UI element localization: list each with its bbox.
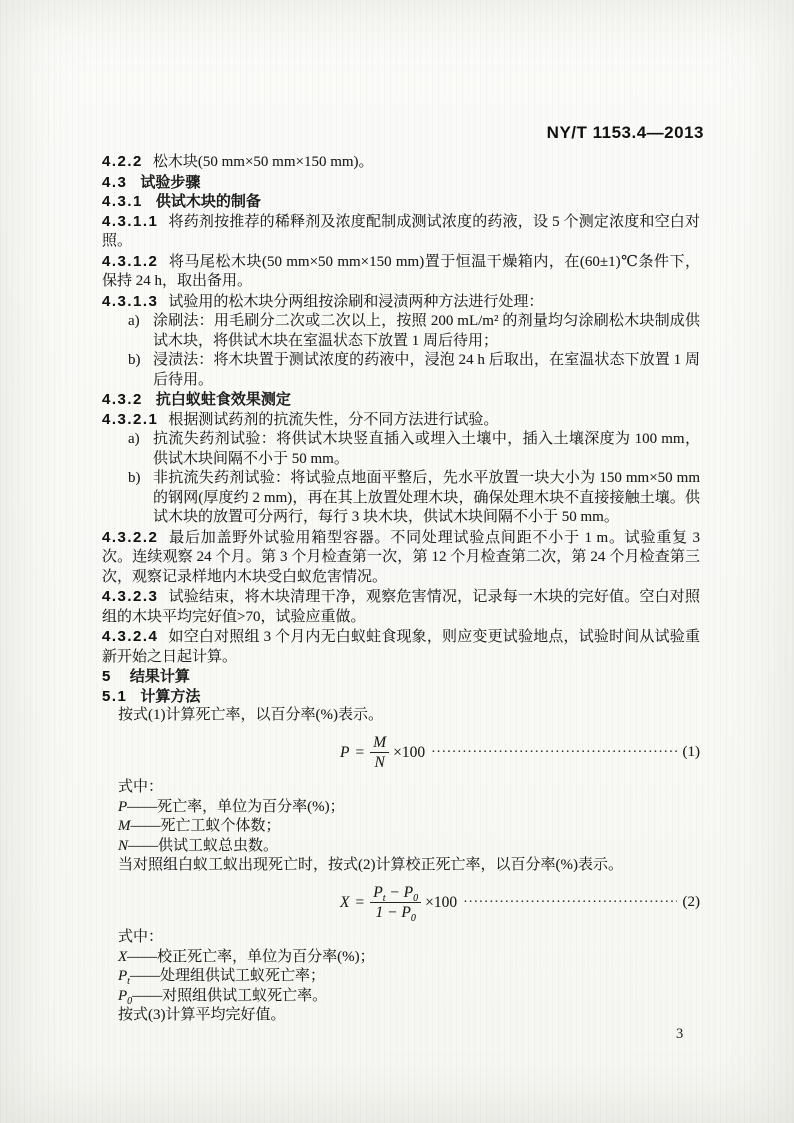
clause-text: 如空白对照组 3 个月内无白蚁蛀食现象，则应变更试验地点，试验时间从试验重新开始… [102,629,700,665]
clause-4.3.1.1: 4.3.1.1将药剂按推荐的稀释剂及浓度配制成测试浓度的药液，设 5 个测定浓度… [102,212,700,252]
definition-text: 供试工蚁总虫数。 [158,838,278,854]
equals-sign: = [355,893,364,913]
equation-math: P=MN×100 [340,734,425,773]
definition-text: 死亡工蚁个体数； [161,818,281,834]
symbol-definition-N: N——供试工蚁总虫数。 [102,837,700,857]
symbol-definition-Pt: Pt——处理组供试工蚁死亡率； [102,967,700,987]
equation-number: (1) [683,743,701,763]
equals-sign: = [355,743,364,763]
clause-text: 计算方法 [140,688,200,705]
list-text: 涂刷法：用毛刷分二次或二次以上，按照 200 mL/m² 的剂量均匀涂刷松木块制… [153,312,700,351]
clause-number: 4.3.1 [102,193,143,210]
symbol: M [118,818,131,834]
clause-4.3.1.3: 4.3.1.3试验用的松木块分两组按涂刷和浸渍两种方法进行处理： [102,292,700,313]
fraction: Pt − P01 − P0 [370,884,421,923]
dot-leader: ········································… [463,893,676,913]
list-text: 抗流失药剂试验：将供试木块竖直插入或埋入土壤中，插入土壤深度为 100 mm，供… [153,430,700,469]
definition-text: 处理组供试工蚁死亡率； [160,968,325,984]
symbol: Pt [118,968,130,984]
section-heading-4.3: 4.3试验步骤 [102,173,700,193]
where-label: 式中： [102,928,700,948]
definition-text: 死亡率，单位为百分率(%)； [157,799,345,815]
list-marker: b) [128,351,153,390]
chapter-heading-5: 5结果计算 [102,667,700,687]
list-item-a-10: a)抗流失药剂试验：将供试木块竖直插入或埋入土壤中，插入土壤深度为 100 mm… [102,430,700,469]
clause-number: 5 [102,668,112,685]
section-heading-4.3.2: 4.3.2抗白蚁蛀食效果测定 [102,390,700,410]
symbol-definition-X: X——校正死亡率，单位为百分率(%)； [102,948,700,968]
clause-text: 松木块(50 mm×50 mm×150 mm)。 [153,154,374,170]
equation-lhs: P [340,743,349,763]
paragraph: 按式(3)计算平均完好值。 [102,1006,700,1026]
symbol: P0 [118,988,132,1004]
definition-dash: —— [132,988,162,1004]
list-text: 非抗流失药剂试验：将试验点地面平整后，先水平放置一块大小为 150 mm×50 … [153,469,700,528]
symbol: N [118,838,128,854]
definition-text: 校正死亡率，单位为百分率(%)； [157,949,375,965]
dot-leader: ········································… [431,743,676,763]
clause-text: 将马尾松木块(50 mm×50 mm×150 mm)置于恒温干燥箱内，在(60±… [102,254,700,290]
clause-4.3.1.2: 4.3.1.2将马尾松木块(50 mm×50 mm×150 mm)置于恒温干燥箱… [102,252,700,292]
clause-number: 4.3.2.3 [102,588,158,605]
fraction-denominator: 1 − P0 [375,903,415,922]
clause-4.3.2.3: 4.3.2.3试验结束，将木块清理干净，观察危害情况，记录每一木块的完好值。空白… [102,587,700,627]
document-content: 4.2.2松木块(50 mm×50 mm×150 mm)。4.3试验步骤4.3.… [102,152,700,1026]
definition-dash: —— [127,799,157,815]
clause-number: 4.3.2 [102,391,143,408]
page-number: 3 [676,1026,683,1043]
multiplier: ×100 [393,743,425,763]
clause-number: 4.3.2.2 [102,529,158,546]
symbol-definition-P: P——死亡率，单位为百分率(%)； [102,798,700,818]
clause-4.3.2.1: 4.3.2.1根据测试药剂的抗流失性，分不同方法进行试验。 [102,410,700,431]
symbol: P [118,799,127,815]
multiplier: ×100 [425,893,457,913]
clause-number: 4.3.1.2 [102,253,158,270]
document-page: NY/T 1153.4—2013 4.2.2松木块(50 mm×50 mm×15… [0,0,794,1123]
definition-dash: —— [128,838,158,854]
clause-number: 4.3.1.3 [102,293,158,310]
list-marker: b) [128,469,153,528]
definition-dash: —— [130,968,160,984]
symbol: X [118,949,127,965]
clause-text: 最后加盖野外试验用箱型容器。不同处理试验点间距不小于 1 m。试验重复 3 次。… [102,530,700,585]
clause-number: 4.3.1.1 [102,213,158,230]
list-item-b-11: b)非抗流失药剂试验：将试验点地面平整后，先水平放置一块大小为 150 mm×5… [102,469,700,528]
fraction-denominator: N [375,753,385,772]
section-heading-5.1: 5.1计算方法 [102,687,700,707]
definition-text: 对照组供试工蚁死亡率。 [162,988,327,1004]
paragraph: 当对照组白蚁工蚁出现死亡时，按式(2)计算校正死亡率，以百分率(%)表示。 [102,856,700,876]
symbol-definition-P0: P0——对照组供试工蚁死亡率。 [102,987,700,1007]
clause-number: 5.1 [102,688,127,705]
clause-4.2.2: 4.2.2松木块(50 mm×50 mm×150 mm)。 [102,152,700,173]
clause-4.3.2.2: 4.3.2.2最后加盖野外试验用箱型容器。不同处理试验点间距不小于 1 m。试验… [102,528,700,588]
section-heading-4.3.1: 4.3.1供试木块的制备 [102,192,700,212]
where-label: 式中： [102,778,700,798]
fraction-numerator: Pt − P0 [370,884,421,904]
equation-2: X=Pt − P01 − P0×100·····················… [102,884,700,923]
clause-4.3.2.4: 4.3.2.4如空白对照组 3 个月内无白蚁蛀食现象，则应变更试验地点，试验时间… [102,627,700,667]
clause-text: 试验用的松木块分两组按涂刷和浸渍两种方法进行处理： [168,294,543,310]
list-marker: a) [128,430,153,469]
clause-number: 4.3.2.1 [102,411,158,428]
clause-text: 试验步骤 [140,174,200,191]
standard-number: NY/T 1153.4—2013 [547,123,704,143]
symbol-definition-M: M——死亡工蚁个体数； [102,817,700,837]
list-item-a-6: a)涂刷法：用毛刷分二次或二次以上，按照 200 mL/m² 的剂量均匀涂刷松木… [102,312,700,351]
clause-number: 4.3 [102,174,127,191]
equation-lhs: X [340,893,349,913]
definition-dash: —— [127,949,157,965]
clause-text: 供试木块的制备 [156,193,261,210]
list-item-b-7: b)浸渍法：将木块置于测试浓度的药液中，浸泡 24 h 后取出，在室温状态下放置… [102,351,700,390]
clause-text: 结果计算 [130,668,190,685]
equation-math: X=Pt − P01 − P0×100 [340,884,457,923]
definition-dash: —— [131,818,161,834]
fraction: MN [370,734,389,773]
clause-text: 根据测试药剂的抗流失性，分不同方法进行试验。 [168,412,498,428]
clause-text: 试验结束，将木块清理干净，观察危害情况，记录每一木块的完好值。空白对照组的木块平… [102,589,700,625]
list-text: 浸渍法：将木块置于测试浓度的药液中，浸泡 24 h 后取出，在室温状态下放置 1… [153,351,700,390]
clause-number: 4.3.2.4 [102,628,158,645]
clause-text: 将药剂按推荐的稀释剂及浓度配制成测试浓度的药液，设 5 个测定浓度和空白对照。 [102,214,700,250]
clause-text: 抗白蚁蛀食效果测定 [156,391,291,408]
clause-number: 4.2.2 [102,153,143,170]
fraction-numerator: M [370,734,389,754]
equation-number: (2) [683,893,701,913]
equation-1: P=MN×100································… [102,734,700,773]
paragraph: 按式(1)计算死亡率，以百分率(%)表示。 [102,706,700,726]
list-marker: a) [128,312,153,351]
